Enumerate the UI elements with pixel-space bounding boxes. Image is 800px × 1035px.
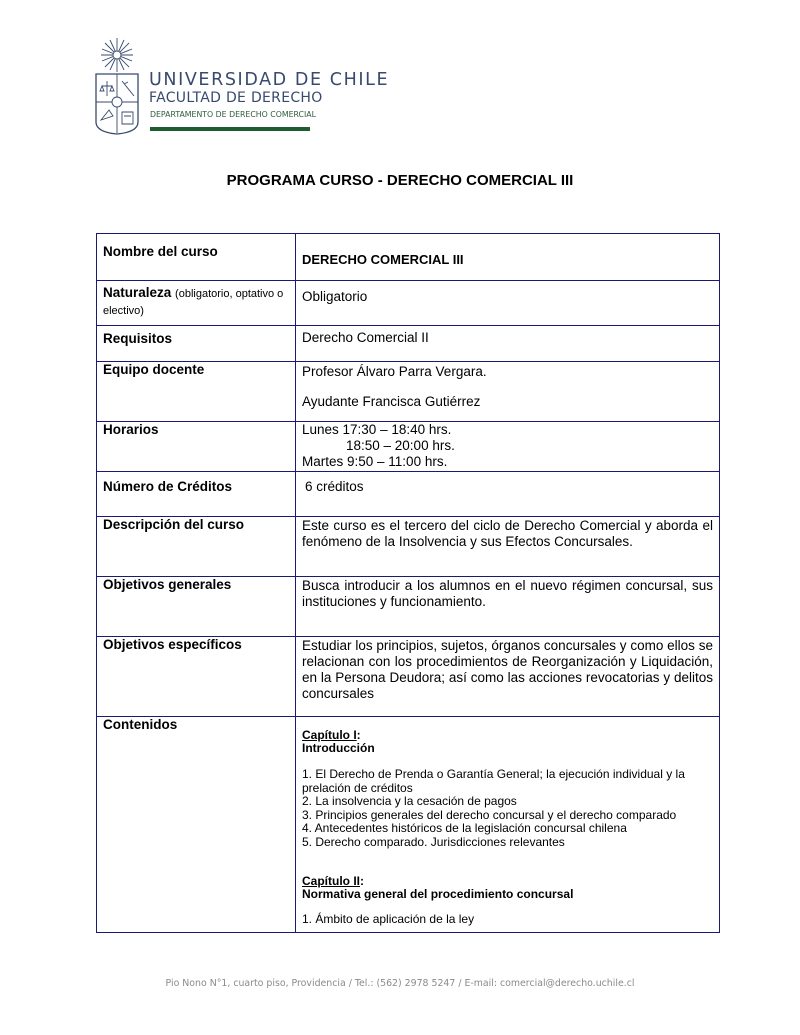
table-row: Horarios Lunes 17:30 – 18:40 hrs. 18:50 … (97, 422, 720, 472)
table-row: Contenidos Capítulo I: Introducción 1. E… (97, 717, 720, 933)
label-requisitos: Requisitos (97, 326, 296, 362)
schedule-line: 18:50 – 20:00 hrs. (302, 438, 713, 454)
list-item: 3. Principios generales del derecho conc… (302, 809, 713, 823)
list-item: 4. Antecedentes históricos de la legisla… (302, 822, 713, 836)
course-program-table: Nombre del curso DERECHO COMERCIAL III N… (96, 233, 720, 933)
table-row: Número de Créditos 6 créditos (97, 472, 720, 517)
label-naturaleza: Naturaleza (obligatorio, optativo o elec… (97, 281, 296, 326)
university-logo: UNIVERSIDAD DE CHILE FACULTAD DE DERECHO… (93, 36, 353, 136)
table-row: Nombre del curso DERECHO COMERCIAL III (97, 234, 720, 281)
label-nombre: Nombre del curso (97, 234, 296, 281)
value-horarios: Lunes 17:30 – 18:40 hrs. 18:50 – 20:00 h… (296, 422, 720, 472)
department-name: DEPARTAMENTO DE DERECHO COMERCIAL (150, 110, 316, 119)
label-obj-especificos: Objetivos específicos (97, 637, 296, 717)
value-nombre: DERECHO COMERCIAL III (296, 234, 720, 281)
schedule-line: Martes 9:50 – 11:00 hrs. (302, 454, 713, 470)
list-item: 1. El Derecho de Prenda o Garantía Gener… (302, 768, 713, 795)
label-horarios: Horarios (97, 422, 296, 472)
label-equipo: Equipo docente (97, 362, 296, 422)
value-equipo: Profesor Álvaro Parra Vergara. Ayudante … (296, 362, 720, 422)
university-name: UNIVERSIDAD DE CHILE (149, 70, 389, 90)
table-row: Descripción del curso Este curso es el t… (97, 517, 720, 577)
table-row: Objetivos específicos Estudiar los princ… (97, 637, 720, 717)
value-creditos: 6 créditos (296, 472, 720, 517)
table-row: Requisitos Derecho Comercial II (97, 326, 720, 362)
value-obj-generales: Busca introducir a los alumnos en el nue… (296, 577, 720, 637)
list-item: 1. Ámbito de aplicación de la ley (302, 913, 713, 927)
value-descripcion: Este curso es el tercero del ciclo de De… (296, 517, 720, 577)
schedule-line: Lunes 17:30 – 18:40 hrs. (302, 422, 713, 438)
list-item: 5. Derecho comparado. Jurisdicciones rel… (302, 836, 713, 850)
assistant: Ayudante Francisca Gutiérrez (302, 394, 713, 410)
university-crest-icon (93, 36, 141, 136)
label-contenidos: Contenidos (97, 717, 296, 933)
table-row: Equipo docente Profesor Álvaro Parra Ver… (97, 362, 720, 422)
label-descripcion: Descripción del curso (97, 517, 296, 577)
list-item: 2. La insolvencia y la cesación de pagos (302, 795, 713, 809)
footer-contact: Pio Nono N°1, cuarto piso, Providencia /… (0, 978, 800, 989)
table-row: Objetivos generales Busca introducir a l… (97, 577, 720, 637)
page-title: PROGRAMA CURSO - DERECHO COMERCIAL III (0, 172, 800, 189)
value-obj-especificos: Estudiar los principios, sujetos, órgano… (296, 637, 720, 717)
value-contenidos: Capítulo I: Introducción 1. El Derecho d… (296, 717, 720, 933)
label-naturaleza-main: Naturaleza (103, 285, 171, 300)
label-obj-generales: Objetivos generales (97, 577, 296, 637)
label-creditos: Número de Créditos (97, 472, 296, 517)
chapter-2-title: Normativa general del procedimiento conc… (302, 888, 713, 901)
chapter-1-title: Introducción (302, 742, 713, 755)
value-naturaleza: Obligatorio (296, 281, 720, 326)
professor: Profesor Álvaro Parra Vergara. (302, 364, 713, 380)
green-divider (150, 127, 310, 131)
table-row: Naturaleza (obligatorio, optativo o elec… (97, 281, 720, 326)
value-requisitos: Derecho Comercial II (296, 326, 720, 362)
faculty-name: FACULTAD DE DERECHO (149, 90, 323, 106)
